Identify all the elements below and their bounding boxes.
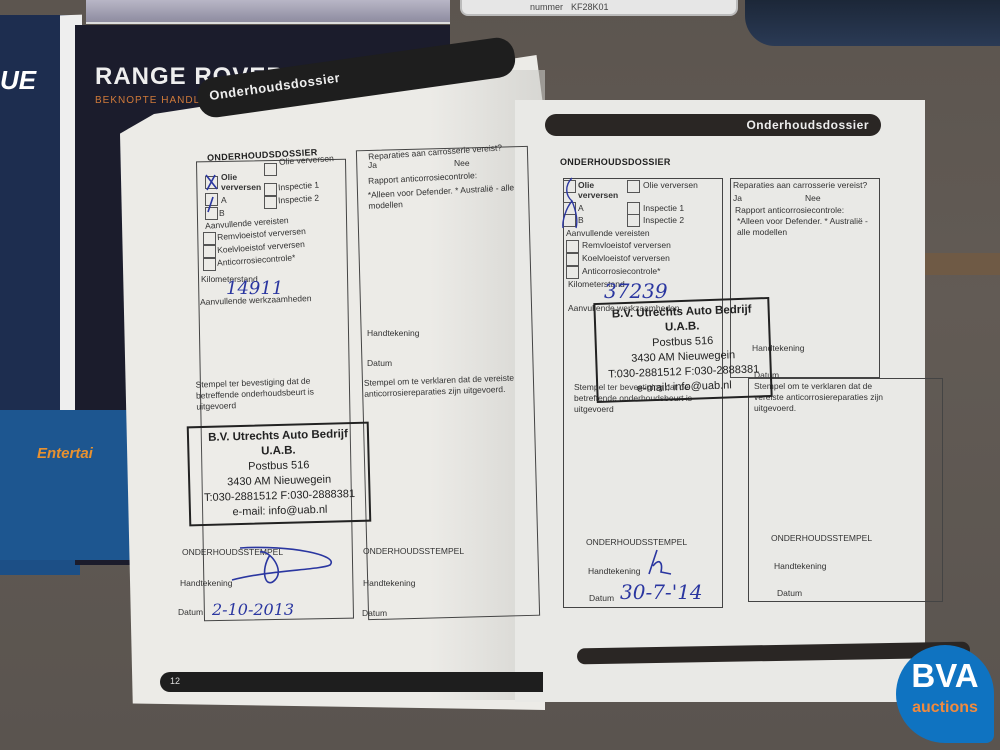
- odometer-value: 37239: [604, 279, 668, 303]
- bva-sub: auctions: [896, 699, 994, 717]
- signature-scribble: [230, 540, 340, 590]
- dealer-email: e-mail: info@uab.nl: [232, 504, 327, 518]
- no-label: Nee: [454, 158, 470, 168]
- checkbox-coolant[interactable]: [203, 245, 216, 258]
- checkbox-inspection-2[interactable]: [627, 214, 640, 227]
- checkbox-brake-fluid[interactable]: [566, 240, 579, 253]
- stamp-confirm-anticorrosion-label: Stempel om te verklaren dat de vereiste …: [754, 381, 904, 414]
- inspection-1-label: Inspectie 1: [643, 203, 684, 213]
- dealer-stamp: B.V. Utrechts Auto Bedrijf U.A.B. Postbu…: [593, 297, 772, 403]
- date-value: 2-10-2013: [212, 600, 294, 619]
- checkbox-oil-2[interactable]: [264, 163, 277, 176]
- anticorrosion-label: Anticorrosiecontrole*: [582, 266, 660, 276]
- registration-card: nummerKF28K01: [460, 0, 738, 16]
- signature-label: Handtekening: [180, 578, 232, 588]
- service-stamp-label-2: ONDERHOUDSSTEMPEL: [771, 533, 872, 543]
- body-repair-label: Reparaties aan carrosserie vereist?: [733, 180, 867, 190]
- page-number: 12: [170, 676, 180, 686]
- header-label: Onderhoudsdossier: [208, 70, 341, 103]
- leather-wallet: [745, 0, 1000, 46]
- date-value: 30-7-'14: [620, 580, 703, 604]
- dealer-email: e-mail: info@uab.nl: [637, 379, 732, 394]
- dealer-address1: Postbus 516: [652, 335, 714, 349]
- inspection-2-label: Inspectie 2: [643, 215, 684, 225]
- checkbox-inspection-1[interactable]: [264, 183, 277, 196]
- dealer-phone: T:030-2881512 F:030-2888381: [204, 488, 355, 504]
- dealer-name: B.V. Utrechts Auto Bedrijf U.A.B.: [208, 428, 348, 457]
- bva-auctions-logo: BVA auctions: [896, 645, 994, 743]
- checkbox-oil-2[interactable]: [627, 180, 640, 193]
- signature-label: Handtekening: [588, 566, 640, 576]
- card-value: KF28K01: [571, 2, 609, 12]
- bva-brand: BVA: [896, 657, 994, 695]
- header-label: Onderhoudsdossier: [746, 118, 869, 132]
- brake-fluid-label: Remvloeistof verversen: [582, 240, 671, 250]
- stamp-confirm-service-label: Stempel ter bevestiging dat de betreffen…: [195, 374, 346, 412]
- date-label: Datum: [178, 607, 203, 617]
- yes-label: Ja: [733, 193, 742, 203]
- dealer-stamp: B.V. Utrechts Auto Bedrijf U.A.B. Postbu…: [187, 422, 372, 527]
- oil-change-label-2: Olie verversen: [643, 180, 698, 190]
- date-label-3: Datum: [362, 608, 387, 618]
- checkbox-brake-fluid[interactable]: [203, 232, 216, 245]
- right-page-header: Onderhoudsdossier: [545, 114, 881, 136]
- background-manual-top: [86, 0, 450, 24]
- dealer-phone: T:030-2881512 F:030-2888381: [608, 363, 759, 380]
- signature-label-3: Handtekening: [363, 578, 415, 588]
- signature-label-2: Handtekening: [367, 328, 419, 338]
- card-label: nummer: [530, 2, 563, 12]
- signature-scribble: [645, 548, 675, 578]
- dealer-address2: 3430 AM Nieuwegein: [631, 349, 735, 365]
- dealer-name: B.V. Utrechts Auto Bedrijf U.A.B.: [612, 304, 752, 334]
- section-title: ONDERHOUDSDOSSIER: [560, 157, 671, 167]
- entertainment-label: Entertai: [37, 445, 93, 462]
- oil-change-label: Olie verversen: [221, 172, 261, 192]
- checkbox-anticorrosion[interactable]: [203, 258, 216, 271]
- check-marks: [560, 176, 585, 231]
- checkbox-inspection-2[interactable]: [264, 196, 277, 209]
- yes-label: Ja: [368, 160, 377, 170]
- dealer-address2: 3430 AM Nieuwegein: [227, 474, 331, 489]
- anticorrosion-report-label: Rapport anticorrosiecontrole:: [735, 205, 844, 215]
- check-marks: [203, 172, 223, 217]
- service-stamp-label-2: ONDERHOUDSSTEMPEL: [363, 546, 464, 556]
- service-stamp-label: ONDERHOUDSSTEMPEL: [586, 537, 687, 547]
- coolant-label: Koelvloeistof verversen: [582, 253, 670, 263]
- date-label-2: Datum: [367, 358, 392, 368]
- checkbox-coolant[interactable]: [566, 253, 579, 266]
- note-label: *Alleen voor Defender. * Australië - all…: [737, 216, 877, 238]
- no-label: Nee: [805, 193, 821, 203]
- left-page-footer: 12: [160, 672, 543, 692]
- signature-label-3: Handtekening: [774, 561, 826, 571]
- checkbox-anticorrosion[interactable]: [566, 266, 579, 279]
- date-label-3: Datum: [777, 588, 802, 598]
- date-label: Datum: [589, 593, 614, 603]
- blue-manual-title: UE: [0, 65, 36, 96]
- dealer-address1: Postbus 516: [248, 459, 309, 473]
